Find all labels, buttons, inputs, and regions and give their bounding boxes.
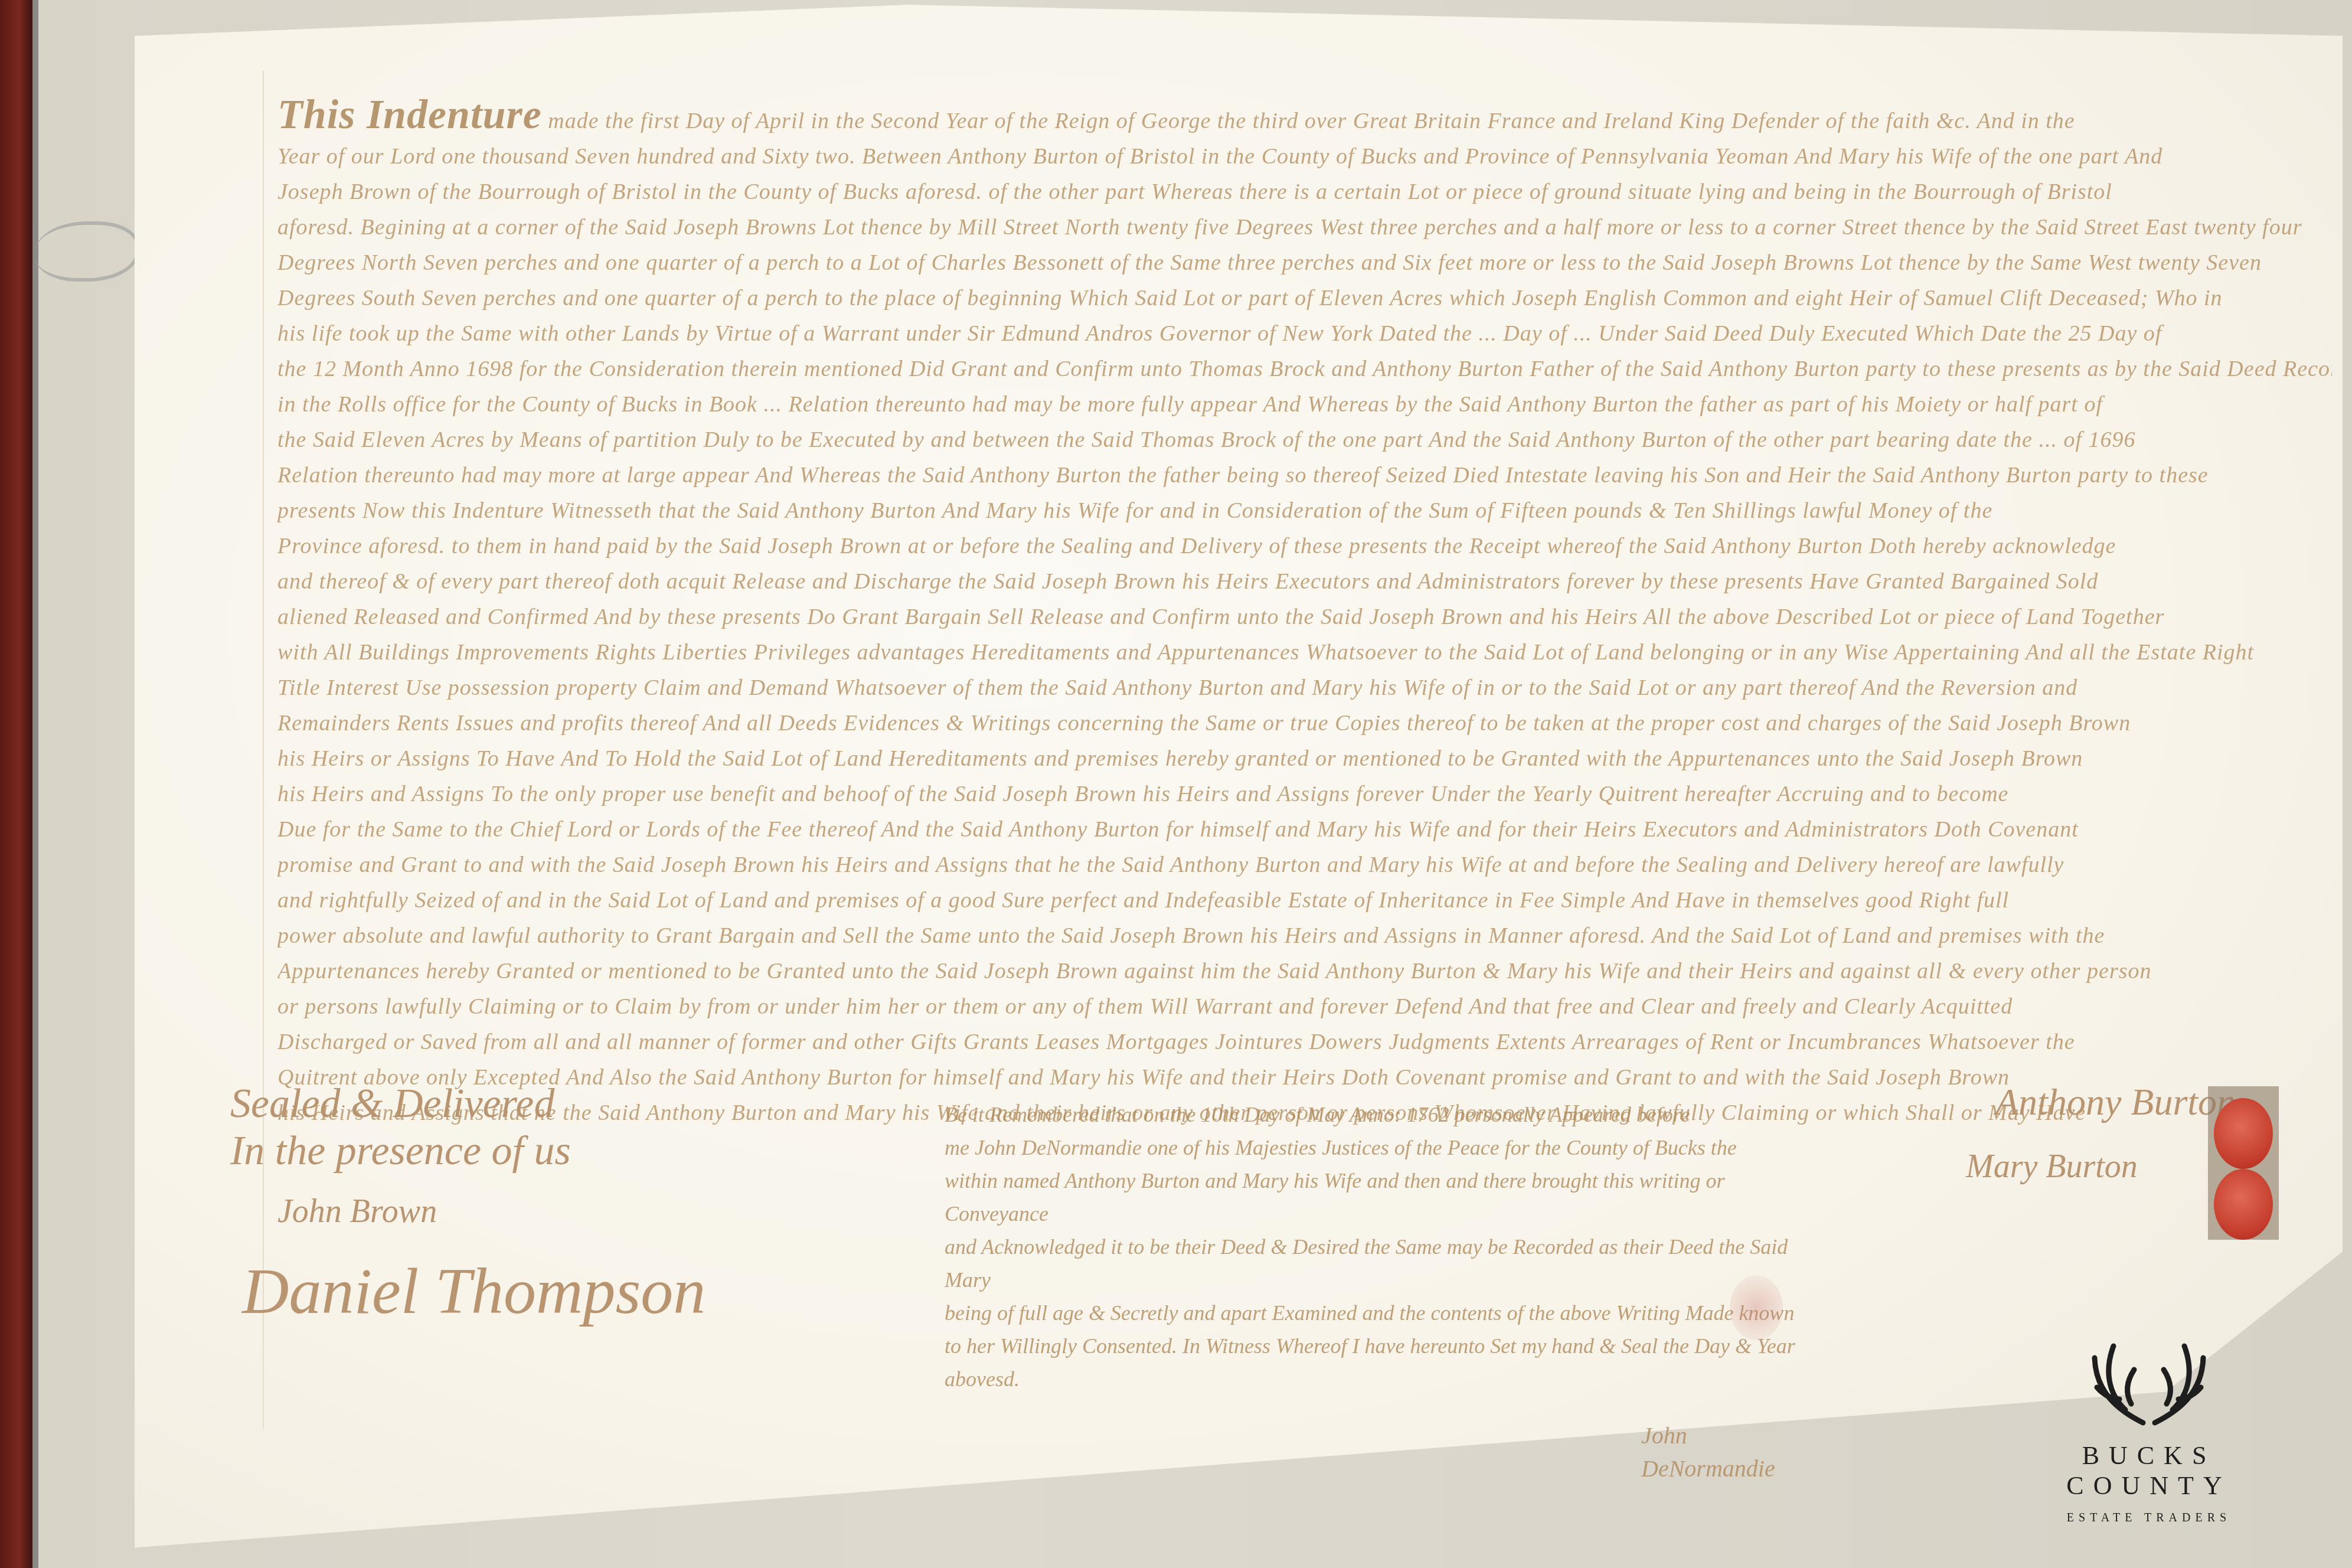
- signature-anthony: Anthony Burton: [1995, 1080, 2236, 1124]
- wax-seal-icon: [2214, 1098, 2273, 1169]
- document-line: Province aforesd. to them in hand paid b…: [277, 528, 2332, 564]
- frame-liner: [32, 0, 38, 1568]
- indenture-body: This Indenture made the first Day of Apr…: [277, 97, 2332, 1131]
- brand-subtitle: ESTATE TRADERS: [1995, 1511, 2302, 1525]
- document-line: his Heirs or Assigns To Have And To Hold…: [277, 741, 2332, 776]
- document-line: or persons lawfully Claiming or to Claim…: [277, 989, 2332, 1024]
- picture-frame: [0, 0, 32, 1568]
- document-line: Title Interest Use possession property C…: [277, 670, 2332, 705]
- document-line: with All Buildings Improvements Rights L…: [277, 635, 2332, 670]
- ack-line: me John DeNormandie one of his Majesties…: [945, 1131, 1801, 1164]
- document-line: Year of our Lord one thousand Seven hund…: [277, 139, 2332, 174]
- document-line: in the Rolls office for the County of Bu…: [277, 387, 2332, 422]
- grantor-signatures: Anthony Burton Mary Burton: [1995, 1080, 2236, 1185]
- ack-line: Be it Remembered that on the 10th Day of…: [945, 1098, 1801, 1131]
- document-line: presents Now this Indenture Witnesseth t…: [277, 493, 2332, 528]
- document-line: Degrees South Seven perches and one quar…: [277, 280, 2332, 316]
- brand-watermark: BUCKS COUNTY ESTATE TRADERS: [1995, 1334, 2302, 1525]
- document-line: his life took up the Same with other Lan…: [277, 316, 2332, 351]
- wire-hanger: [35, 221, 139, 282]
- seal-stain: [1730, 1275, 1783, 1340]
- witness-signature: John Brown: [277, 1193, 705, 1230]
- document-line: Remainders Rents Issues and profits ther…: [277, 705, 2332, 741]
- document-line: aforesd. Begining at a corner of the Sai…: [277, 210, 2332, 245]
- document-line: promise and Grant to and with the Said J…: [277, 847, 2332, 883]
- ack-line: being of full age & Secretly and apart E…: [945, 1296, 1801, 1329]
- document-line: and thereof & of every part thereof doth…: [277, 564, 2332, 599]
- ack-line: to her Willingly Consented. In Witness W…: [945, 1329, 1801, 1396]
- document-line: his Heirs and Assigns To the only proper…: [277, 776, 2332, 812]
- ack-line: and Acknowledged it to be their Deed & D…: [945, 1230, 1801, 1296]
- document-line: Degrees North Seven perches and one quar…: [277, 245, 2332, 280]
- brand-name: BUCKS COUNTY: [1995, 1440, 2302, 1501]
- document-line: the Said Eleven Acres by Means of partit…: [277, 422, 2332, 458]
- ack-line: within named Anthony Burton and Mary his…: [945, 1164, 1801, 1230]
- wax-seal-icon: [2214, 1169, 2273, 1240]
- document-title: This Indenture: [277, 97, 542, 138]
- witness-heading: Sealed & Delivered: [230, 1080, 705, 1128]
- justice-signature: John DeNormandie: [1641, 1419, 1801, 1485]
- document-line: the 12 Month Anno 1698 for the Considera…: [277, 351, 2332, 387]
- document-line: Relation thereunto had may more at large…: [277, 458, 2332, 493]
- antlers-icon: [2084, 1334, 2214, 1429]
- witness-heading: In the presence of us: [230, 1128, 705, 1175]
- signature-mary: Mary Burton: [1966, 1148, 2236, 1185]
- document-line: Due for the Same to the Chief Lord or Lo…: [277, 812, 2332, 847]
- document-line: aliened Released and Confirmed And by th…: [277, 599, 2332, 635]
- document-line: power absolute and lawful authority to G…: [277, 918, 2332, 953]
- witness-block: Sealed & Delivered In the presence of us…: [230, 1080, 705, 1329]
- document-line: Discharged or Saved from all and all man…: [277, 1024, 2332, 1060]
- acknowledgement-block: Be it Remembered that on the 10th Day of…: [945, 1098, 1801, 1485]
- document-line: Joseph Brown of the Bourrough of Bristol…: [277, 174, 2332, 210]
- document-line: and rightfully Seized of and in the Said…: [277, 883, 2332, 918]
- document-line: This Indenture made the first Day of Apr…: [277, 97, 2332, 139]
- witness-signature: Daniel Thompson: [242, 1254, 705, 1329]
- document-line: Appurtenances hereby Granted or mentione…: [277, 953, 2332, 989]
